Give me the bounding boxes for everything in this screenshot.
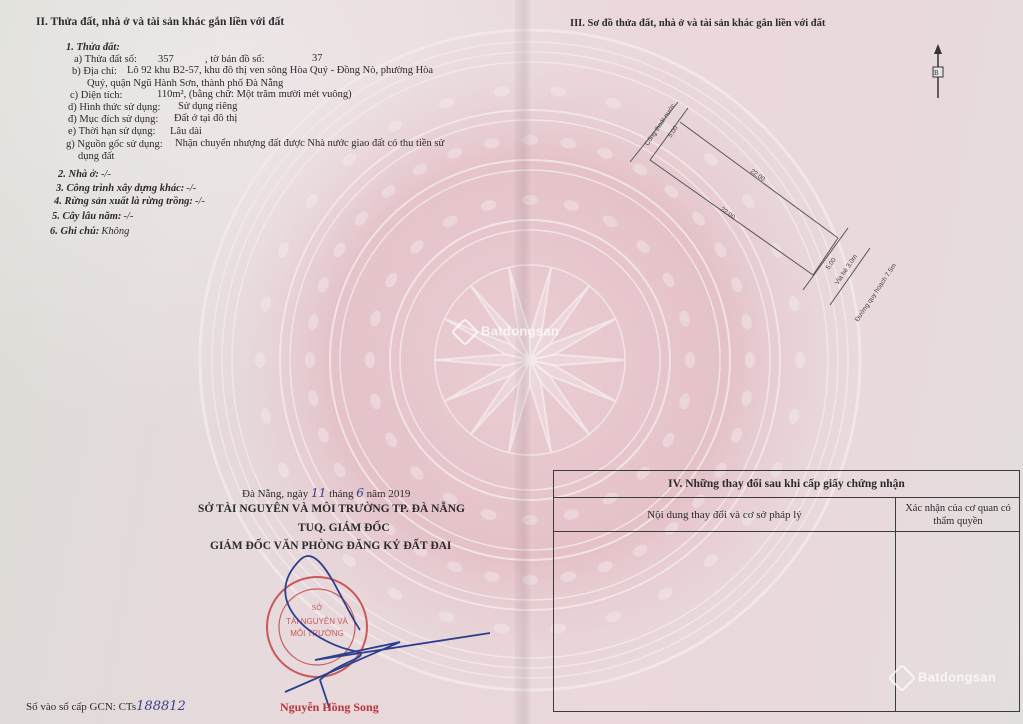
- origin-line-2: dụng đất: [78, 150, 114, 163]
- asset-item-value: -/-: [195, 196, 205, 207]
- asset-item-label: 4. Rừng sản xuất là rừng trồng:: [54, 196, 193, 207]
- road-label: Đường quy hoạch 7.5m: [854, 262, 898, 323]
- certificate-page: II. Thửa đất, nhà ở và tài sản khác gắn …: [0, 0, 1023, 724]
- section-ii-title: II. Thửa đất, nhà ở và tài sản khác gắn …: [36, 16, 284, 29]
- svg-text:SỞ: SỞ: [312, 603, 323, 612]
- asset-item: 4. Rừng sản xuất là rừng trồng:-/-: [54, 195, 205, 208]
- issue-day: 11: [311, 486, 326, 500]
- asset-item-value: -/-: [123, 211, 133, 222]
- registry-label: Số vào sổ cấp GCN: CTs: [26, 701, 136, 713]
- asset-item-label: 5. Cây lâu năm:: [52, 211, 121, 222]
- asset-item: 5. Cây lâu năm:-/-: [52, 210, 133, 223]
- column-header-confirmation: Xác nhận của cơ quan có thẩm quyền: [896, 498, 1020, 531]
- asset-item-value: -/-: [101, 169, 111, 180]
- watermark-brand: Batdongsan: [918, 669, 996, 684]
- issue-month: 6: [356, 486, 364, 500]
- asset-item-label: 3. Công trình xây dựng khác:: [56, 183, 184, 194]
- signer-name: Nguyễn Hồng Song: [280, 700, 379, 715]
- on-behalf-line: TUQ. GIÁM ĐỐC: [298, 522, 390, 535]
- issuing-agency: SỞ TÀI NGUYÊN VÀ MÔI TRƯỜNG TP. ĐÀ NẴNG: [198, 503, 465, 516]
- length-upper-label: 22.00: [749, 168, 767, 183]
- width-top-label: 5.00: [667, 124, 680, 139]
- svg-text:TÀI NGUYÊN VÀ: TÀI NGUYÊN VÀ: [286, 617, 348, 626]
- watermark-center: Batdongsan: [455, 322, 559, 342]
- asset-item-value: -/-: [186, 183, 196, 194]
- column-header-changes: Nội dung thay đổi và cơ sở pháp lý: [554, 498, 895, 531]
- north-arrow-label: B: [934, 69, 939, 77]
- section-iii-title: III. Sơ đồ thửa đất, nhà ở và tài sản kh…: [570, 17, 825, 30]
- asset-item: 6. Ghi chú:Không: [50, 225, 129, 238]
- asset-item: 3. Công trình xây dựng khác:-/-: [56, 182, 196, 195]
- asset-item-value: Không: [101, 226, 129, 237]
- registry-number: Số vào sổ cấp GCN: CTs188812: [26, 700, 186, 714]
- registry-value: 188812: [136, 699, 186, 714]
- issue-date: Đà Nẵng, ngày 11 tháng 6 năm 2019: [242, 487, 410, 501]
- width-bottom-label: 5.00: [825, 256, 838, 271]
- origin-line-1: Nhận chuyển nhượng đất được Nhà nước gia…: [175, 137, 444, 150]
- watermark-logo-icon: [888, 664, 916, 692]
- watermark-logo-icon: [451, 318, 479, 346]
- asset-item-label: 2. Nhà ở:: [58, 169, 99, 180]
- drain-label: Cống thoát nước: [642, 101, 677, 147]
- issue-year: năm 2019: [367, 488, 411, 500]
- asset-item: 2. Nhà ở:-/-: [58, 168, 111, 181]
- watermark-brand: Batdongsan: [481, 323, 559, 338]
- page-fold: [515, 0, 533, 724]
- header-divider: [554, 531, 1019, 532]
- term-label: e) Thời hạn sử dụng:: [68, 125, 155, 138]
- changes-table-title: IV. Những thay đổi sau khi cấp giấy chứn…: [554, 471, 1019, 498]
- official-stamp-and-signature: SỞ TÀI NGUYÊN VÀ MÔI TRƯỜNG: [240, 540, 500, 710]
- watermark-corner: Batdongsan: [892, 668, 996, 688]
- address-line-1: Lô 92 khu B2-57, khu đô thị ven sông Hòa…: [127, 64, 433, 77]
- asset-item-label: 6. Ghi chú:: [50, 226, 99, 237]
- month-label: tháng: [329, 488, 353, 500]
- date-prefix: Đà Nẵng, ngày: [242, 488, 308, 500]
- purpose-value: Đất ở tại đô thị: [174, 112, 237, 125]
- parcel-diagram: Cống thoát nước 5.00 22.00 22.00 5.00 Vỉ…: [600, 80, 900, 380]
